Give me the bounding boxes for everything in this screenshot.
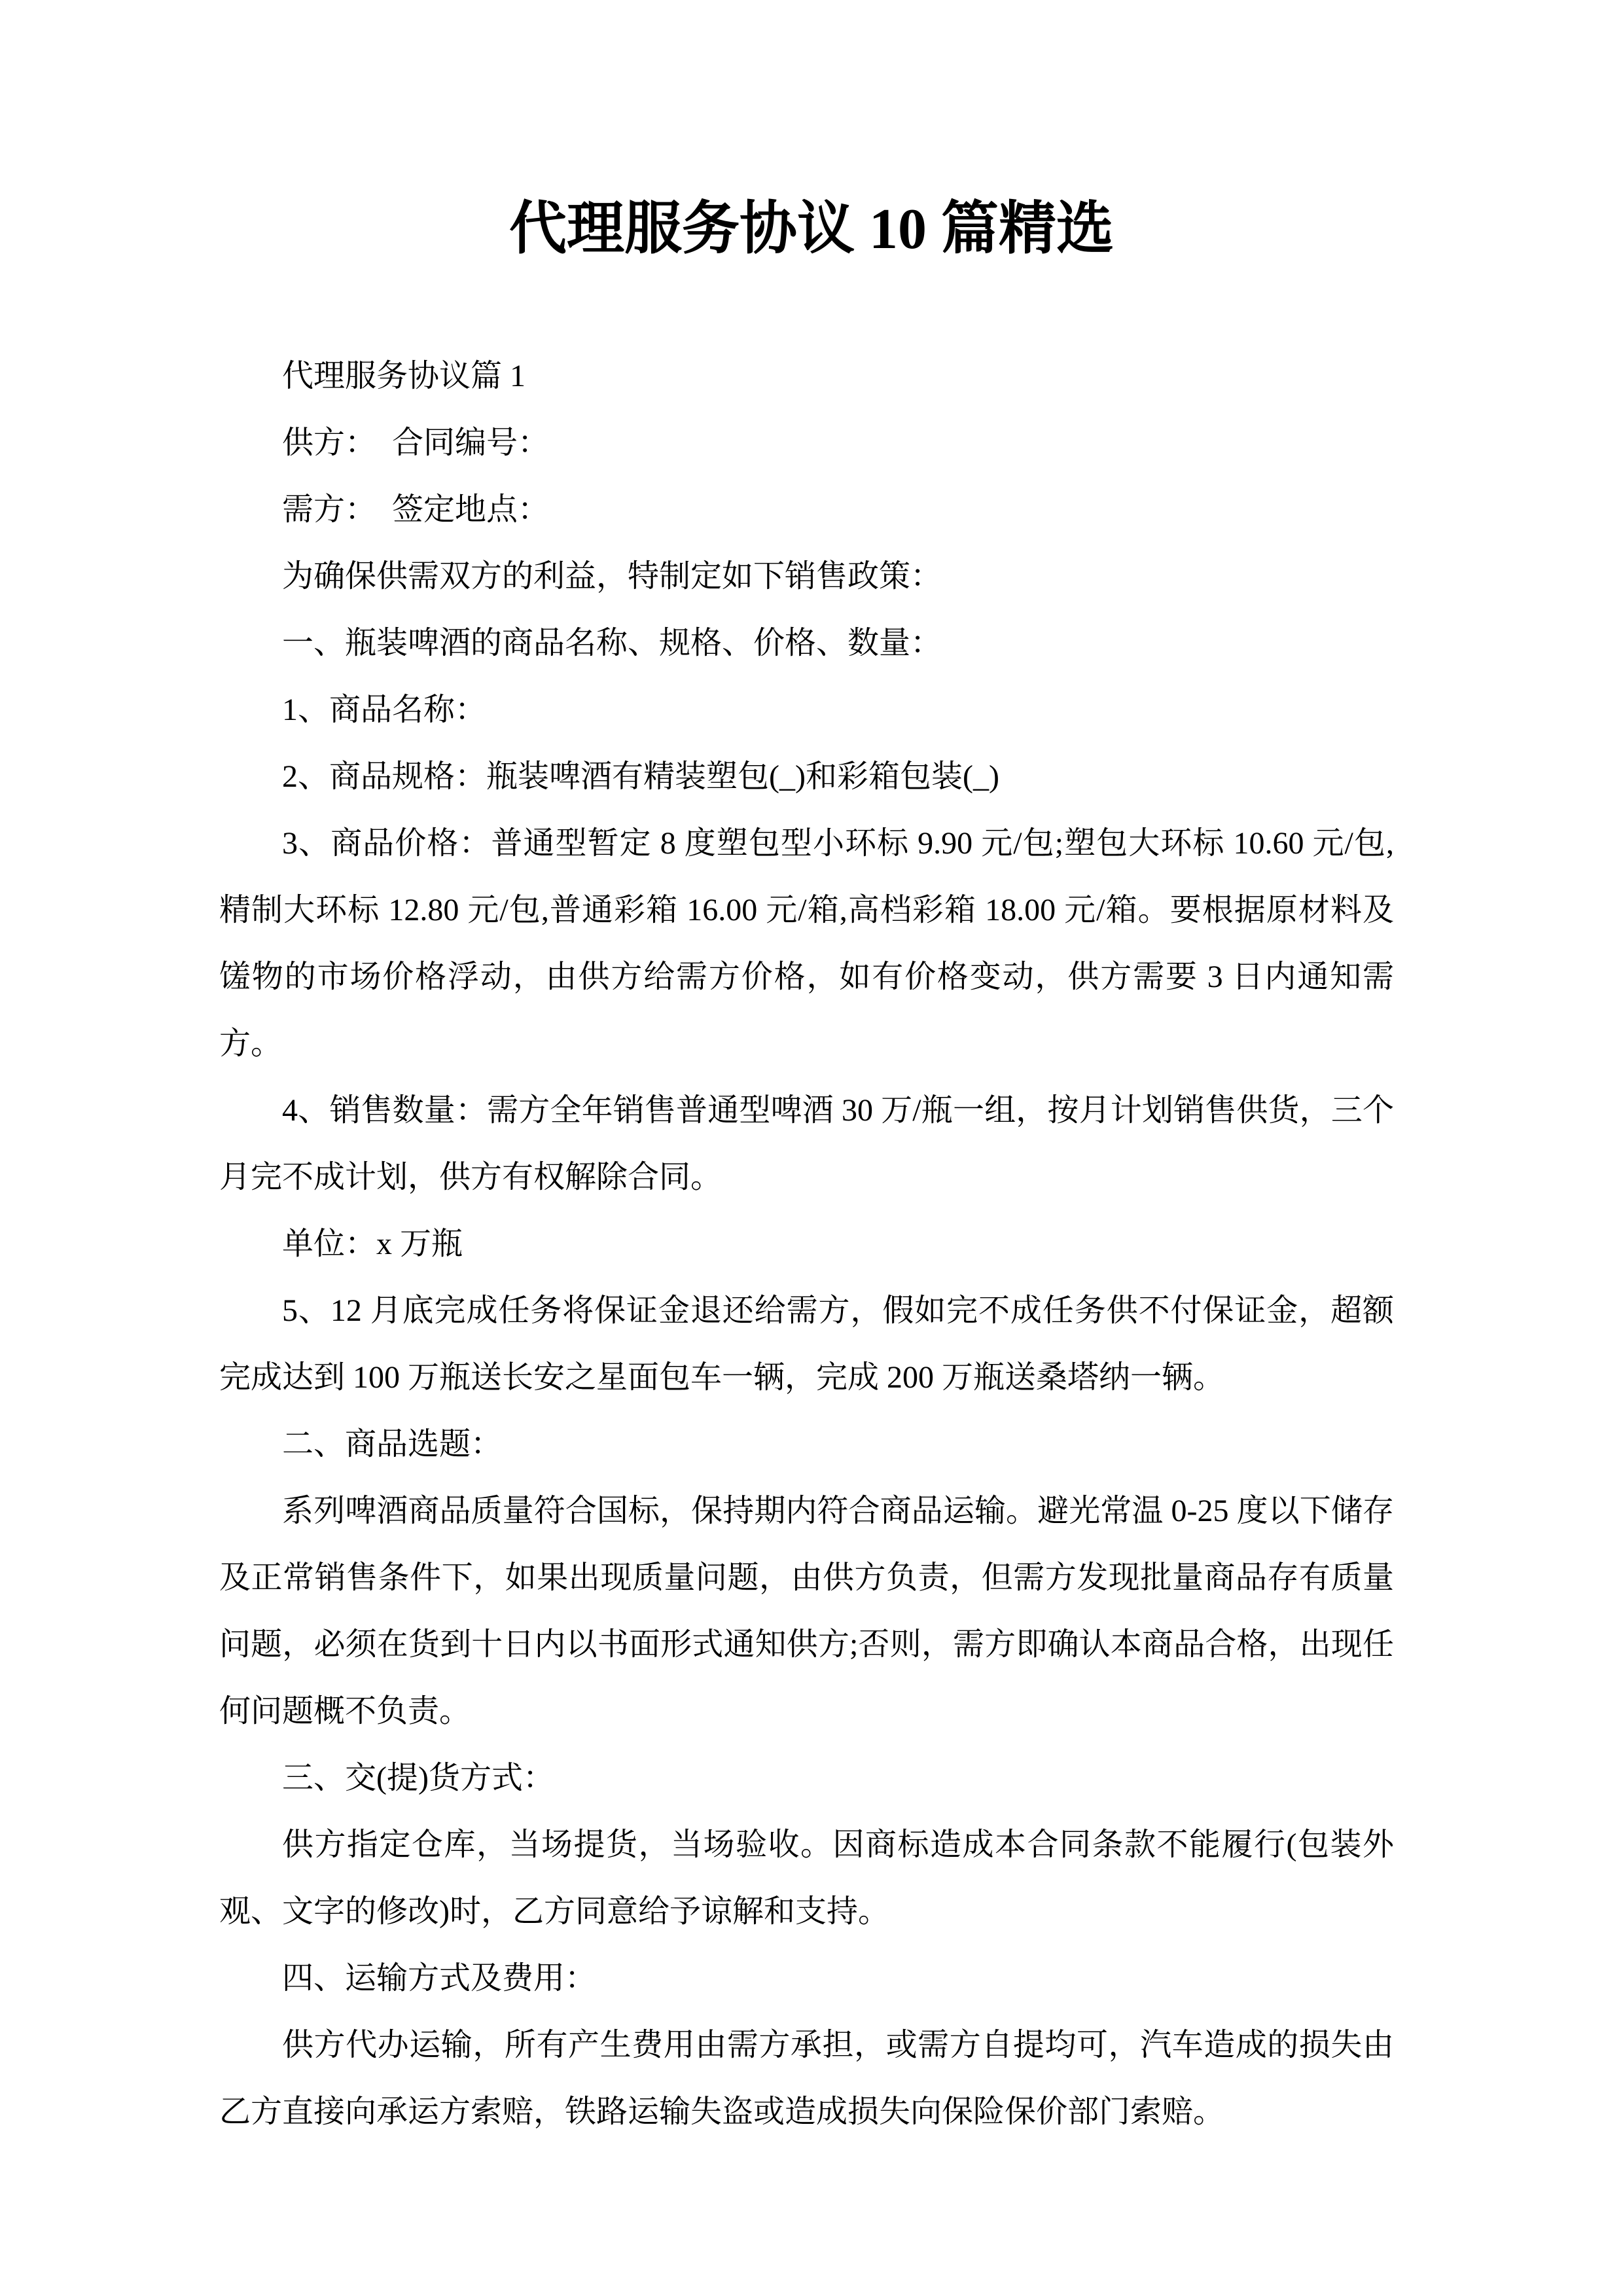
paragraph-transport-terms: 供方代办运输，所有产生费用由需方承担，或需方自提均可，汽车造成的损失由乙方直接向… (219, 2012, 1394, 2145)
paragraph-product-name: 1、商品名称： (219, 677, 1394, 744)
paragraph-heading-piece1: 代理服务协议篇 1 (219, 343, 1394, 410)
paragraph-delivery-terms: 供方指定仓库，当场提货，当场验收。因商标造成本合同条款不能履行(包装外观、文字的… (219, 1812, 1394, 1945)
paragraph-policy-intro: 为确保供需双方的利益，特制定如下销售政策： (219, 543, 1394, 610)
paragraph-sales-quantity: 4、销售数量：需方全年销售普通型啤酒 30 万/瓶一组，按月计划销售供货，三个月… (219, 1077, 1394, 1211)
paragraph-section3-heading: 三、交(提)货方式： (219, 1745, 1394, 1812)
paragraph-deposit-terms: 5、12 月底完成任务将保证金退还给需方，假如完不成任务供不付保证金，超额完成达… (219, 1278, 1394, 1411)
paragraph-section4-heading: 四、运输方式及费用： (219, 1945, 1394, 2012)
paragraph-product-price: 3、商品价格：普通型暂定 8 度塑包型小环标 9.90 元/包;塑包大环标 10… (219, 810, 1394, 1077)
paragraph-product-spec: 2、商品规格：瓶装啤酒有精装塑包(_)和彩箱包装(_) (219, 744, 1394, 810)
document-body: 代理服务协议篇 1 供方： 合同编号： 需方： 签定地点： 为确保供需双方的利益… (219, 343, 1394, 2145)
document-page: 代理服务协议 10 篇精选 代理服务协议篇 1 供方： 合同编号： 需方： 签定… (0, 0, 1623, 2296)
paragraph-supplier-contract-no: 供方： 合同编号： (219, 410, 1394, 476)
paragraph-quality-terms: 系列啤酒商品质量符合国标，保持期内符合商品运输。避光常温 0-25 度以下储存及… (219, 1478, 1394, 1745)
paragraph-section2-heading: 二、商品选题： (219, 1411, 1394, 1478)
paragraph-section1-heading: 一、瓶装啤酒的商品名称、规格、价格、数量： (219, 610, 1394, 677)
paragraph-unit: 单位：x 万瓶 (219, 1211, 1394, 1278)
document-title: 代理服务协议 10 篇精选 (0, 194, 1623, 266)
paragraph-buyer-signing-place: 需方： 签定地点： (219, 476, 1394, 543)
